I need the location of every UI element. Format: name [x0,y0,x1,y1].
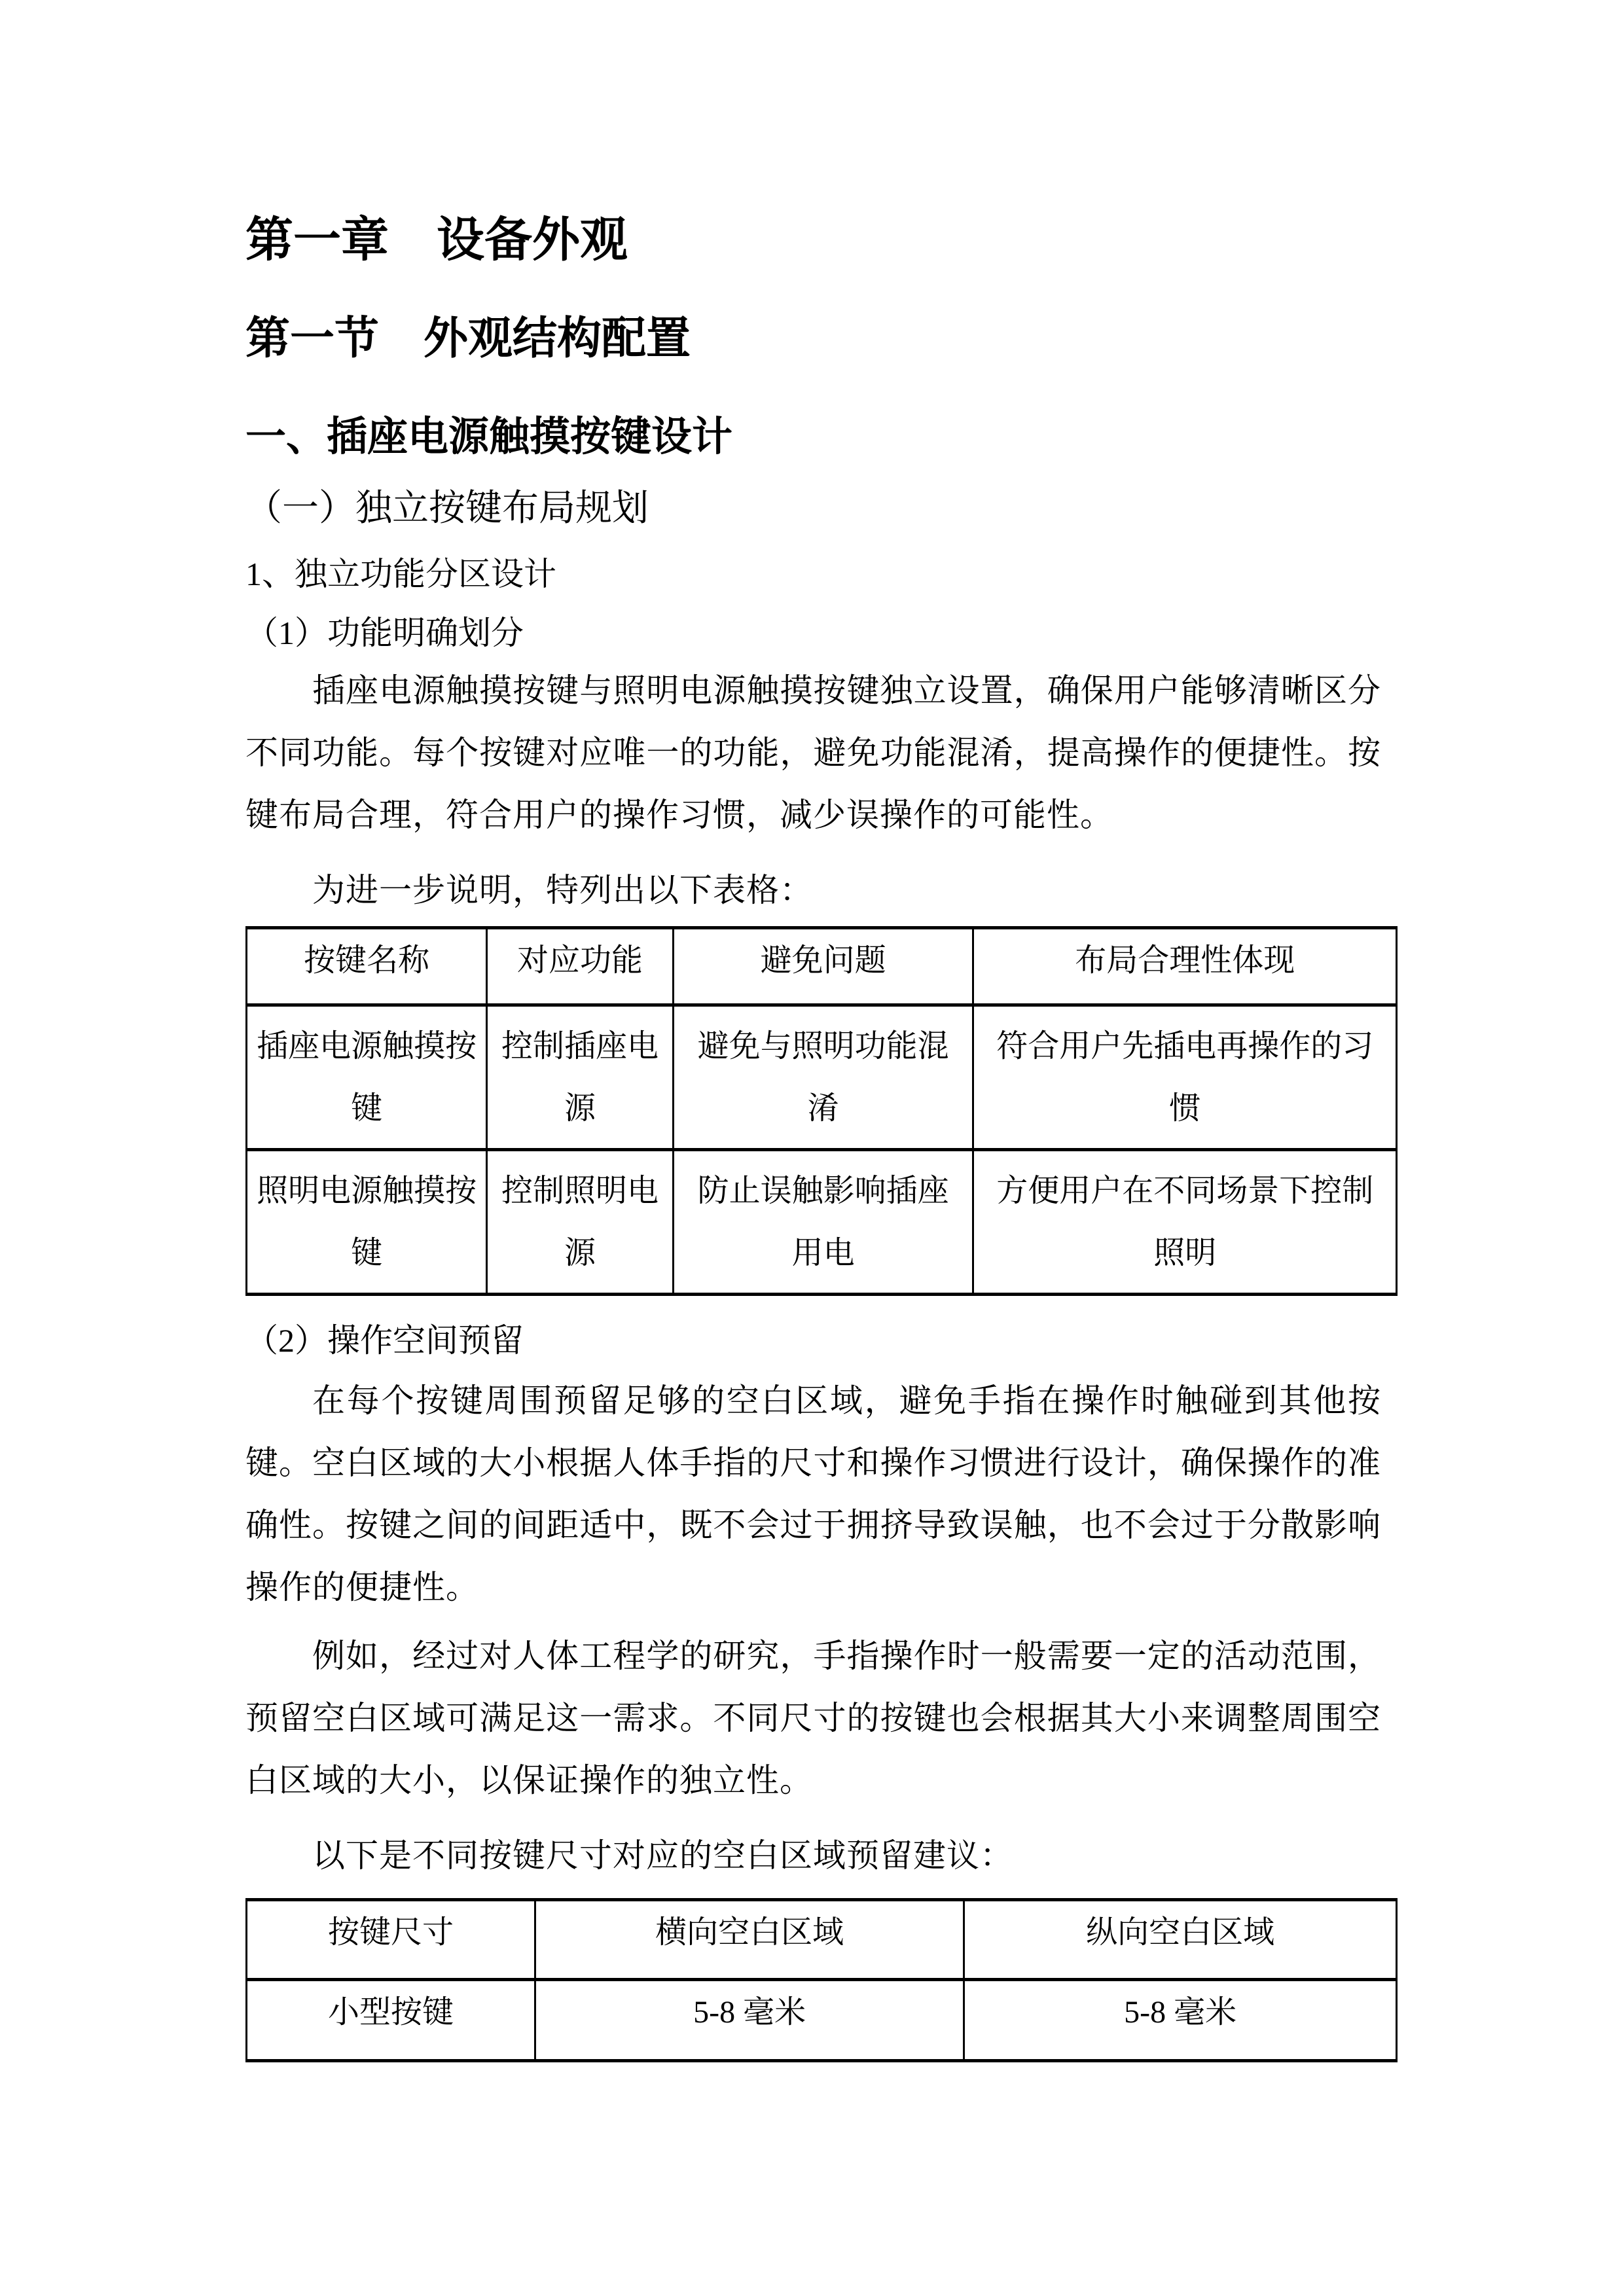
sub-heading-1: （一）独立按键布局规划 [245,484,1381,533]
table-cell: 5-8 毫米 [964,1980,1397,2061]
point-heading-2: （2）操作空间预留 [245,1319,1381,1362]
table-cell: 避免与照明功能混淆 [673,1005,973,1150]
paragraph-function-division: 插座电源触摸按键与照明电源触摸按键独立设置，确保用户能够清晰区分不同功能。每个按… [245,660,1381,846]
column-header: 按键名称 [247,928,487,1005]
table-cell: 控制插座电源 [487,1005,674,1150]
column-header: 避免问题 [673,928,973,1005]
paragraph-ergonomics-example: 例如，经过对人体工程学的研究，手指操作时一般需要一定的活动范围，预留空白区域可满… [245,1625,1381,1812]
topic-heading: 一、插座电源触摸按键设计 [245,412,1381,463]
table-cell: 防止误触影响插座用电 [673,1150,973,1295]
column-header: 对应功能 [487,928,674,1005]
table-cell: 照明电源触摸按键 [247,1150,487,1295]
column-header: 横向空白区域 [535,1900,964,1980]
table-cell: 方便用户在不同场景下控制照明 [973,1150,1397,1295]
column-header: 纵向空白区域 [964,1900,1397,1980]
table-cell: 控制照明电源 [487,1150,674,1295]
table-cell: 小型按键 [247,1980,535,2061]
table-cell: 插座电源触摸按键 [247,1005,487,1150]
button-design-table: 按键名称对应功能避免问题布局合理性体现插座电源触摸按键控制插座电源避免与照明功能… [245,926,1398,1296]
column-header: 按键尺寸 [247,1900,535,1980]
table-cell: 符合用户先插电再操作的习惯 [973,1005,1397,1150]
paragraph-table-intro-1: 为进一步说明，特列出以下表格： [245,859,1381,922]
column-header: 布局合理性体现 [973,928,1397,1005]
table-row: 插座电源触摸按键控制插座电源避免与照明功能混淆符合用户先插电再操作的习惯 [247,1005,1397,1150]
chapter-heading: 第一章 设备外观 [245,210,1381,270]
table-row: 小型按键5-8 毫米5-8 毫米 [247,1980,1397,2061]
button-size-table: 按键尺寸横向空白区域纵向空白区域小型按键5-8 毫米5-8 毫米 [245,1898,1398,2062]
table-row: 照明电源触摸按键控制照明电源防止误触影响插座用电方便用户在不同场景下控制照明 [247,1150,1397,1295]
section-heading: 第一节 外观结构配置 [245,310,1381,367]
document-page: 第一章 设备外观 第一节 外观结构配置 一、插座电源触摸按键设计 （一）独立按键… [0,0,1624,2296]
paragraph-table-intro-2: 以下是不同按键尺寸对应的空白区域预留建议： [245,1825,1381,1887]
item-heading-1: 1、独立功能分区设计 [245,553,1381,596]
table-cell: 5-8 毫米 [535,1980,964,2061]
paragraph-space-reservation: 在每个按键周围预留足够的空白区域，避免手指在操作时触碰到其他按键。空白区域的大小… [245,1370,1381,1619]
point-heading-1: （1）功能明确划分 [245,612,1381,655]
